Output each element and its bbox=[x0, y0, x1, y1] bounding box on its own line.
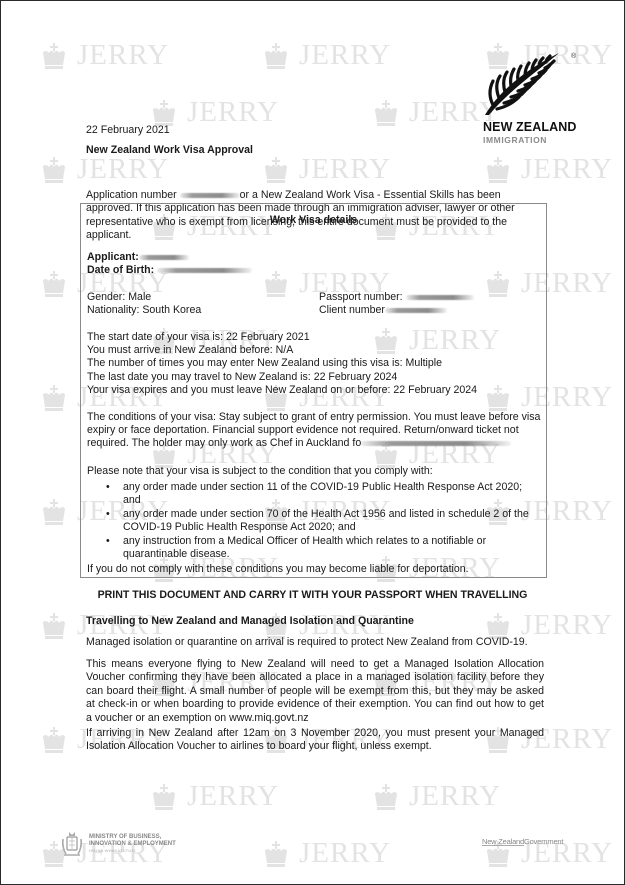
conditions-bullet-list: • any order made under section 11 of the… bbox=[87, 481, 542, 561]
miq-section-title: Travelling to New Zealand and Managed Is… bbox=[86, 615, 414, 628]
deportation-warning: If you do not comply with these conditio… bbox=[87, 563, 469, 576]
bullet-icon: • bbox=[106, 535, 110, 548]
nationality: Nationality: South Korea bbox=[87, 304, 201, 317]
visa-line-last-travel-date: The last date you may travel to New Zeal… bbox=[87, 371, 397, 384]
gender: Gender: Male bbox=[87, 291, 151, 304]
bullet-text-cont: quarantinable disease. bbox=[123, 548, 542, 561]
miq-paragraph-2: This means everyone flying to New Zealan… bbox=[86, 658, 544, 725]
work-visa-details-box: Work Visa details Applicant: Date of Bir… bbox=[80, 203, 547, 578]
miq-paragraph-3: If arriving in New Zealand after 12am on… bbox=[86, 727, 544, 754]
print-notice: PRINT THIS DOCUMENT AND CARRY IT WITH YO… bbox=[1, 589, 624, 602]
letter-date: 22 February 2021 bbox=[86, 124, 170, 137]
client-row: Client number bbox=[319, 304, 447, 317]
conditions-line-2: expiry or face deportation. Financial su… bbox=[87, 424, 519, 437]
client-label: Client number bbox=[319, 304, 385, 316]
redacted-passport-number bbox=[406, 295, 474, 300]
logo-line-new-zealand: NEW ZEALAND bbox=[483, 120, 593, 134]
note-intro: Please note that your visa is subject to… bbox=[87, 465, 433, 478]
dob-label: Date of Birth: bbox=[87, 264, 154, 276]
details-box-title: Work Visa details bbox=[81, 214, 546, 227]
bullet-text: any instruction from a Medical Officer o… bbox=[123, 535, 542, 548]
nz-government-part-2: Government bbox=[524, 837, 563, 846]
document-page: JERRYJERRYJERRYJERRYJERRYJERRYJERRYJERRY… bbox=[0, 0, 625, 885]
logo-line-immigration: IMMIGRATION bbox=[483, 135, 593, 145]
conditions-line-3-text: required. The holder may only work as Ch… bbox=[87, 437, 361, 449]
mbie-line-1: MINISTRY OF BUSINESS, bbox=[89, 834, 176, 841]
visa-line-entries: The number of times you may enter New Ze… bbox=[87, 357, 442, 370]
visa-line-arrive-before: You must arrive in New Zealand before: N… bbox=[87, 344, 293, 357]
redacted-client-number bbox=[385, 308, 447, 313]
applicant-row: Applicant: bbox=[87, 251, 189, 264]
applicant-label: Applicant: bbox=[87, 251, 139, 263]
letter-title: New Zealand Work Visa Approval bbox=[86, 144, 253, 157]
bullet-text: any order made under section 11 of the C… bbox=[123, 481, 542, 508]
bullet-item: • any instruction from a Medical Officer… bbox=[87, 535, 542, 562]
nz-government-part-1: New Zealand bbox=[482, 837, 524, 846]
bullet-text-cont: COVID-19 Public Health Response Act 2020… bbox=[123, 521, 542, 534]
conditions-line-3: required. The holder may only work as Ch… bbox=[87, 437, 511, 450]
passport-label: Passport number: bbox=[319, 291, 403, 303]
coat-of-arms-icon bbox=[61, 831, 83, 857]
bullet-item: • any order made under section 70 of the… bbox=[87, 508, 542, 535]
letter-content: ® NEW ZEALAND IMMIGRATION 22 February 20… bbox=[1, 1, 624, 884]
nz-immigration-logo: ® NEW ZEALAND IMMIGRATION bbox=[483, 51, 593, 145]
mbie-line-3: HĪKINA WHAKATUTUKI bbox=[89, 848, 176, 854]
bullet-icon: • bbox=[106, 508, 110, 521]
visa-line-start-date: The start date of your visa is: 22 Febru… bbox=[87, 331, 310, 344]
miq-paragraph-1: Managed isolation or quarantine on arriv… bbox=[86, 636, 544, 649]
registered-mark: ® bbox=[571, 53, 576, 60]
intro-text-start: Application number bbox=[86, 189, 180, 201]
mbie-line-2: INNOVATION & EMPLOYMENT bbox=[89, 841, 176, 848]
passport-row: Passport number: bbox=[319, 291, 474, 304]
conditions-line-1: The conditions of your visa: Stay subjec… bbox=[87, 411, 540, 424]
redacted-application-number bbox=[180, 193, 240, 198]
dob-row: Date of Birth: bbox=[87, 264, 252, 277]
silver-fern-icon bbox=[483, 51, 563, 117]
visa-line-expiry: Your visa expires and you must leave New… bbox=[87, 384, 477, 397]
bullet-text: any order made under section 70 of the H… bbox=[123, 508, 542, 521]
redacted-applicant-name bbox=[139, 255, 189, 260]
bullet-icon: • bbox=[106, 481, 110, 494]
mbie-logo: MINISTRY OF BUSINESS, INNOVATION & EMPLO… bbox=[61, 831, 176, 857]
redacted-dob bbox=[157, 268, 252, 273]
nz-government-logo: New ZealandGovernment bbox=[482, 837, 563, 846]
redacted-employer bbox=[361, 441, 511, 446]
bullet-item: • any order made under section 11 of the… bbox=[87, 481, 542, 508]
